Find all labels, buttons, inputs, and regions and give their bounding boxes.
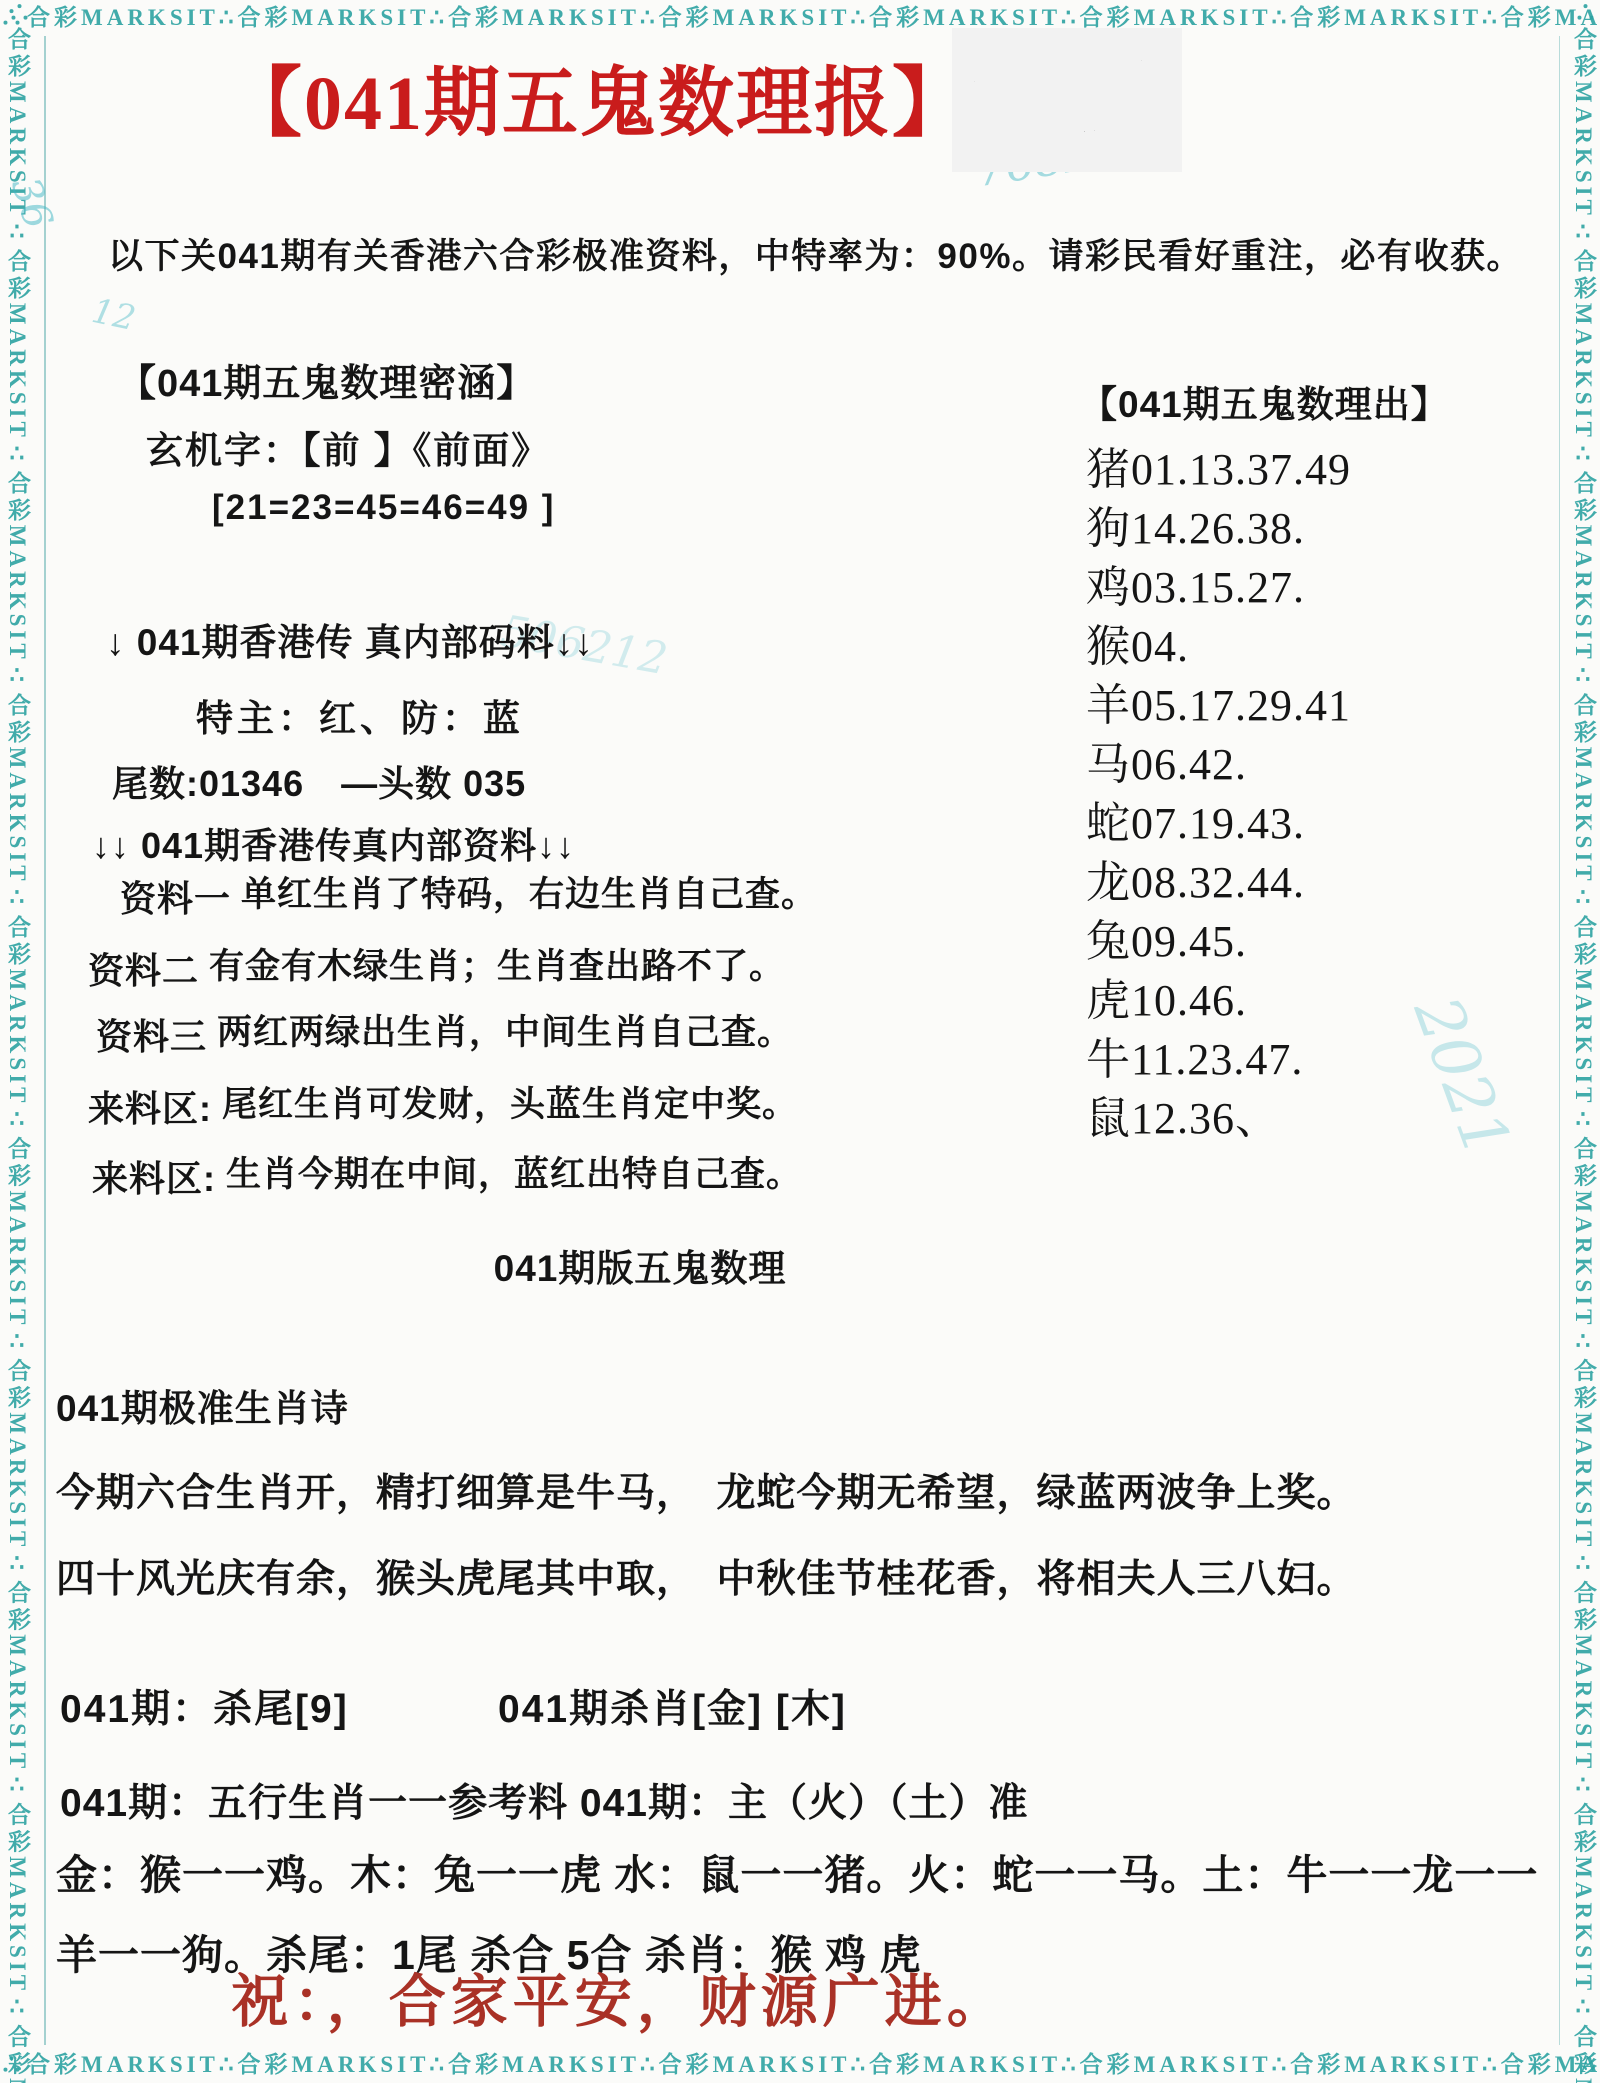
info-line: 来料区:生肖今期在中间，蓝红出特自己查。: [92, 1146, 802, 1197]
zodiac-row-rat: 鼠12.36、: [1086, 1089, 1351, 1148]
info-line-text: 尾红生肖可发财，头蓝生肖定中奖。: [222, 1085, 798, 1124]
kill-zodiac-label: 041期杀肖[金] [木]: [498, 1678, 847, 1734]
info-line: 来料区:尾红生肖可发财，头蓝生肖定中奖。: [88, 1076, 798, 1127]
special-main-line: 特主：红、防：蓝: [196, 688, 524, 742]
info-line: 资料二有金有木绿生肖；生肖查出路不了。: [88, 938, 785, 989]
border-pattern-right: ∴合彩MARKSIT∴合彩MARKSIT∴合彩MARKSIT∴合彩MARKSIT…: [1566, 0, 1600, 2083]
intro-paragraph: 以下关041期有关香港六合彩极准资料，中特率为：90%。请彩民看好重注，必有收获…: [62, 228, 1557, 285]
poem-title: 041期极准生肖诗: [56, 1378, 349, 1432]
info-line: 资料一单红生肖了特码，右边生肖自己查。: [120, 866, 817, 917]
zodiac-row-dog: 狗14.26.38.: [1086, 499, 1351, 558]
info-line-label: 资料一: [120, 871, 231, 922]
info-line-text: 单红生肖了特码，右边生肖自己查。: [241, 875, 817, 914]
five-elements-reference-line: 041期：五行生肖一一参考料 041期：主（火）（土）准: [60, 1772, 1028, 1828]
watermark-text: 2021: [1399, 988, 1524, 1166]
info-line-text: 两红两绿出生肖，中间生肖自己查。: [217, 1013, 793, 1052]
zodiac-row-rooster: 鸡03.15.27.: [1086, 558, 1351, 617]
border-pattern-left: ∴合彩MARKSIT∴合彩MARKSIT∴合彩MARKSIT∴合彩MARKSIT…: [0, 0, 34, 2083]
zodiac-row-snake: 蛇07.19.43.: [1086, 794, 1351, 853]
border-pattern-top: ∴合彩MARKSIT∴合彩MARKSIT∴合彩MARKSIT∴合彩MARKSIT…: [0, 0, 1600, 36]
blessing-line: 祝：，合家平安，财源广进。: [0, 1956, 1240, 2038]
zodiac-row-monkey: 猴04.: [1086, 617, 1351, 676]
info-line-label: 资料三: [96, 1009, 207, 1060]
info-line-text: 生肖今期在中间，蓝红出特自己查。: [226, 1155, 802, 1194]
info-line-label: 来料区:: [92, 1151, 216, 1202]
page-title: 【041期五鬼数理报】: [226, 42, 970, 151]
poem-line: 今期六合生肖开，精打细算是牛马， 龙蛇今期无希望，绿蓝两波争上奖。: [56, 1462, 1357, 1518]
section-header-mishan: 【041期五鬼数理密涵】: [118, 352, 535, 407]
zodiac-row-dragon: 龙08.32.44.: [1086, 853, 1351, 912]
zodiac-row-tiger: 虎10.46.: [1086, 971, 1351, 1030]
section-header-shuli-chu: 【041期五鬼数理出】: [1080, 374, 1449, 428]
center-section-title: 041期版五鬼数理: [0, 1238, 1280, 1292]
zodiac-row-goat: 羊05.17.29.41: [1086, 676, 1351, 735]
tail-head-numbers-line: 尾数:01346 —头数 035: [112, 756, 526, 807]
info-line-label: 来料区:: [88, 1081, 212, 1132]
elements-mapping-line-1: 金：猴一一鸡。木：兔一一虎 水：鼠一一猪。火：蛇一一马。土：牛一一龙一一: [56, 1842, 1538, 1901]
info-line: 资料三两红两绿出生肖，中间生肖自己查。: [96, 1004, 793, 1055]
lottery-tip-sheet-page: ∴合彩MARKSIT∴合彩MARKSIT∴合彩MARKSIT∴合彩MARKSIT…: [0, 0, 1600, 2083]
poem-line: 四十风光庆有余，猴头虎尾其中取， 中秋佳节桂花香，将相夫人三八妇。: [56, 1548, 1357, 1604]
equal-numbers-line: [21=23=45=46=49 ]: [212, 488, 555, 528]
info-line-label: 资料二: [88, 943, 199, 994]
zodiac-row-rabbit: 兔09.45.: [1086, 912, 1351, 971]
kill-tail-label: 041期：杀尾[9]: [60, 1678, 349, 1734]
section-header-neibu-maliao: ↓ 041期香港传 真内部码料↓↓: [106, 612, 594, 666]
border-pattern-bottom: ∴合彩MARKSIT∴合彩MARKSIT∴合彩MARKSIT∴合彩MARKSIT…: [0, 2047, 1600, 2083]
watermark-text: 12: [88, 291, 139, 339]
zodiac-row-pig: 猪01.13.37.49: [1086, 440, 1351, 499]
zodiac-row-horse: 马06.42.: [1086, 735, 1351, 794]
zodiac-number-list: 猪01.13.37.49 狗14.26.38. 鸡03.15.27. 猴04. …: [1086, 440, 1351, 1148]
noise-image: [952, 28, 1182, 172]
zodiac-row-ox: 牛11.23.47.: [1086, 1030, 1351, 1089]
section-header-neibu-ziliao: ↓↓ 041期香港传真内部资料↓↓: [92, 818, 575, 869]
info-line-text: 有金有木绿生肖；生肖查出路不了。: [209, 947, 785, 986]
mystery-word-line: 玄机字：【前 】《前面》: [146, 420, 550, 474]
